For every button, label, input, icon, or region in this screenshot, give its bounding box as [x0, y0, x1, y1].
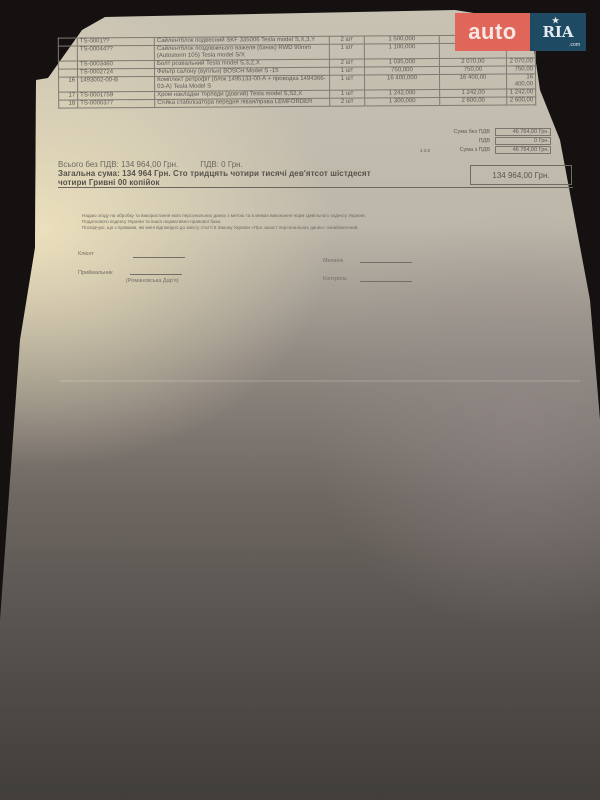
total-without-vat: Всього без ПДВ: 134 964,00 Грн.	[58, 160, 178, 169]
cell-num	[58, 69, 77, 77]
cell-num: 18	[59, 100, 78, 108]
logo-auto-text: auto	[455, 13, 530, 51]
cell-total: 2 070,00	[506, 58, 535, 66]
cell-price: 1 300,000	[365, 98, 440, 107]
subtotal-without-vat-value: 46 764,00 Грн.	[495, 128, 551, 136]
cell-code: 1493002-00-B	[78, 76, 155, 92]
cell-code: TS-00044??	[77, 45, 154, 61]
cell-qty: 2 шт	[329, 59, 364, 67]
vat-value: 0 Грн.	[495, 137, 551, 145]
control-label: Контроль	[323, 276, 347, 282]
vat-label: ПДВ	[420, 138, 490, 144]
subtotals-block: Сума без ПДВ 46 764,00 Грн. ПДВ 0 Грн. 4…	[420, 128, 551, 154]
cell-price: 1 100,000	[364, 44, 439, 60]
mechanic-signature-line	[360, 262, 412, 263]
paper-fold-line	[60, 380, 580, 382]
cell-qty: 1 шт	[329, 44, 364, 59]
invoice-totals: Всього без ПДВ: 134 964,00 Грн. ПДВ: 0 Г…	[58, 160, 371, 187]
cell-total: 750,00	[506, 66, 535, 74]
grand-total-box: 134 964,00 Грн.	[470, 165, 572, 185]
client-signature-line	[133, 257, 185, 258]
cell-total: 2 600,00	[507, 97, 536, 105]
total-vat: ПДВ: 0 Грн.	[200, 160, 243, 169]
autoria-watermark-logo: auto ★ RIA .com	[455, 13, 586, 51]
subtotal-without-vat-label: Сума без ПДВ	[420, 129, 490, 135]
receiver-signature-line	[130, 274, 182, 275]
control-signature-line	[360, 281, 412, 282]
subtotal-with-vat-label: Сума з ПДВ	[446, 147, 490, 153]
cell-name: Стійка стабілізатора передня лівая/права…	[155, 98, 330, 107]
logo-ria-text: RIA	[542, 23, 573, 41]
cell-code: TS-0000377	[78, 99, 155, 108]
cell-num	[58, 38, 77, 46]
cell-qty: 2 шт	[330, 98, 365, 106]
star-icon: ★	[552, 15, 559, 25]
client-label: Клієнт	[78, 251, 94, 257]
cell-num	[58, 46, 77, 61]
grand-total-words: чотири Гривні 00 копійок	[58, 178, 371, 187]
cell-name: Сайлентблок поздовжнього важеля (бачок) …	[154, 44, 329, 60]
cell-price: 16 400,000	[365, 75, 440, 91]
cell-qty: 1 шт	[329, 67, 364, 75]
receiver-name: (Романовська Дар'я)	[126, 278, 179, 284]
logo-domain-text: .com	[569, 42, 580, 48]
cell-total: 1 242,00	[507, 89, 536, 97]
receiver-label: Приймальник	[78, 270, 113, 276]
grand-total-text: Загальна сума: 134 964 Грн. Сто тридцять…	[58, 169, 371, 178]
cell-name: Комплект ретрофіт (блок 1495133-00-A + п…	[155, 75, 330, 91]
consent-line-3: Посвідчую, що з правами, які мені відпов…	[82, 225, 542, 231]
cell-num: 16	[59, 77, 78, 92]
subtotal-with-vat-value: 46 764,00 Грн.	[495, 146, 551, 154]
cell-sum: 2 600,00	[440, 97, 507, 105]
cell-sum: 16 400,00	[440, 74, 507, 89]
totals-divider	[58, 187, 573, 188]
page-note: 4.3.5	[420, 148, 446, 153]
cell-num	[58, 61, 77, 69]
cell-qty: 1 шт	[330, 75, 365, 90]
cell-num: 17	[59, 92, 78, 100]
cell-qty: 1 шт	[330, 90, 365, 98]
invoice-paper-sheet	[0, 0, 600, 800]
cell-total: 16 400,00	[507, 74, 536, 89]
consent-text: Надаю згоду на обробку та використання м…	[82, 213, 542, 231]
mechanic-label: Механік	[323, 258, 343, 264]
cell-qty: 2 шт	[329, 36, 364, 44]
logo-ria-block: ★ RIA .com	[530, 13, 586, 51]
